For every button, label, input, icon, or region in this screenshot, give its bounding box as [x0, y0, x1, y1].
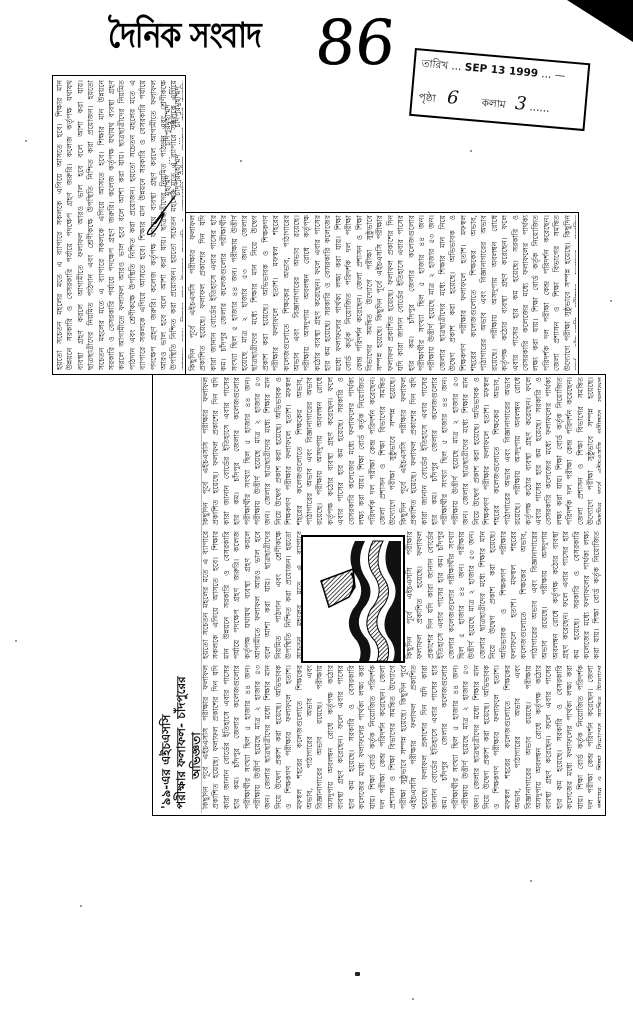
- article-column-body-3: কিছুদিন পূর্বে এইচএসসি পরীক্ষার ফলাফল প্…: [405, 531, 601, 661]
- stamp-dots: ... —: [541, 68, 566, 82]
- clipping-continuation-box: হয়তো সচেতন মহলের মতে এ ব্যাপারে সকলকে এ…: [52, 75, 186, 375]
- article-column-body-1: কিছুদিন পূর্বে এইচএসসি পরীক্ষার ফলাফল প্…: [201, 377, 601, 527]
- stamp-dots: ......: [529, 101, 550, 115]
- stamp-column-label: কলাম: [481, 97, 506, 111]
- stamp-date-label: তারিখ ...: [421, 58, 462, 73]
- stamp-date-value: SEP 13 1999: [464, 61, 538, 79]
- stamp-page-value: 6: [446, 87, 459, 109]
- waves-pen-illustration-icon: [303, 537, 403, 661]
- article-column-body-2: হয়তো সচেতন মহলের মতে এ ব্যাপারে সকলকে এ…: [201, 531, 301, 661]
- newspaper-masthead: দৈনিক সংবাদ: [108, 8, 261, 67]
- pen-mark-icon: [143, 194, 179, 238]
- headline-line-2: পরীক্ষার ফলাফল- চাঁদপুরের: [174, 676, 189, 809]
- scan-corner-shadow: [567, 0, 633, 42]
- stamp-column-value: 3: [514, 93, 527, 115]
- article-headline: '৯৯-এর এইচএসসি পরীক্ষার ফলাফল- চাঁদপুরের…: [159, 676, 202, 809]
- article-illustration: [301, 535, 405, 663]
- clipping-main-upper: কিছুদিন পূর্বে এইচএসসি পরীক্ষার ফলাফল প্…: [186, 212, 579, 376]
- article-column-body-4: কিছুদিন পূর্বে এইচএসসি পরীক্ষার ফলাফল প্…: [201, 665, 601, 811]
- headline-column: '৯৯-এর এইচএসসি পরীক্ষার ফলাফল- চাঁদপুরের…: [157, 377, 202, 813]
- headline-line-3: অভিজ্ঞতা: [189, 676, 202, 809]
- clipping-main-article: কিছুদিন পূর্বে এইচএসসি পরীক্ষার ফলাফল প্…: [152, 374, 606, 816]
- clipping-date-stamp: তারিখ ... SEP 13 1999 ... — পৃষ্ঠা 6 কলা…: [409, 48, 590, 131]
- headline-line-1: '৯৯-এর এইচএসসি: [159, 676, 174, 809]
- article-column-top: কিছুদিন পূর্বে এইচএসসি পরীক্ষার ফলাফল প্…: [188, 215, 576, 373]
- handwritten-page-number: 86: [312, 6, 399, 79]
- stamp-page-label: পৃষ্ঠা: [418, 92, 436, 105]
- byline: মুহাম্মদ ... চাঁদপুরমুহাম্মদ ... চাঁদপুর…: [163, 86, 181, 196]
